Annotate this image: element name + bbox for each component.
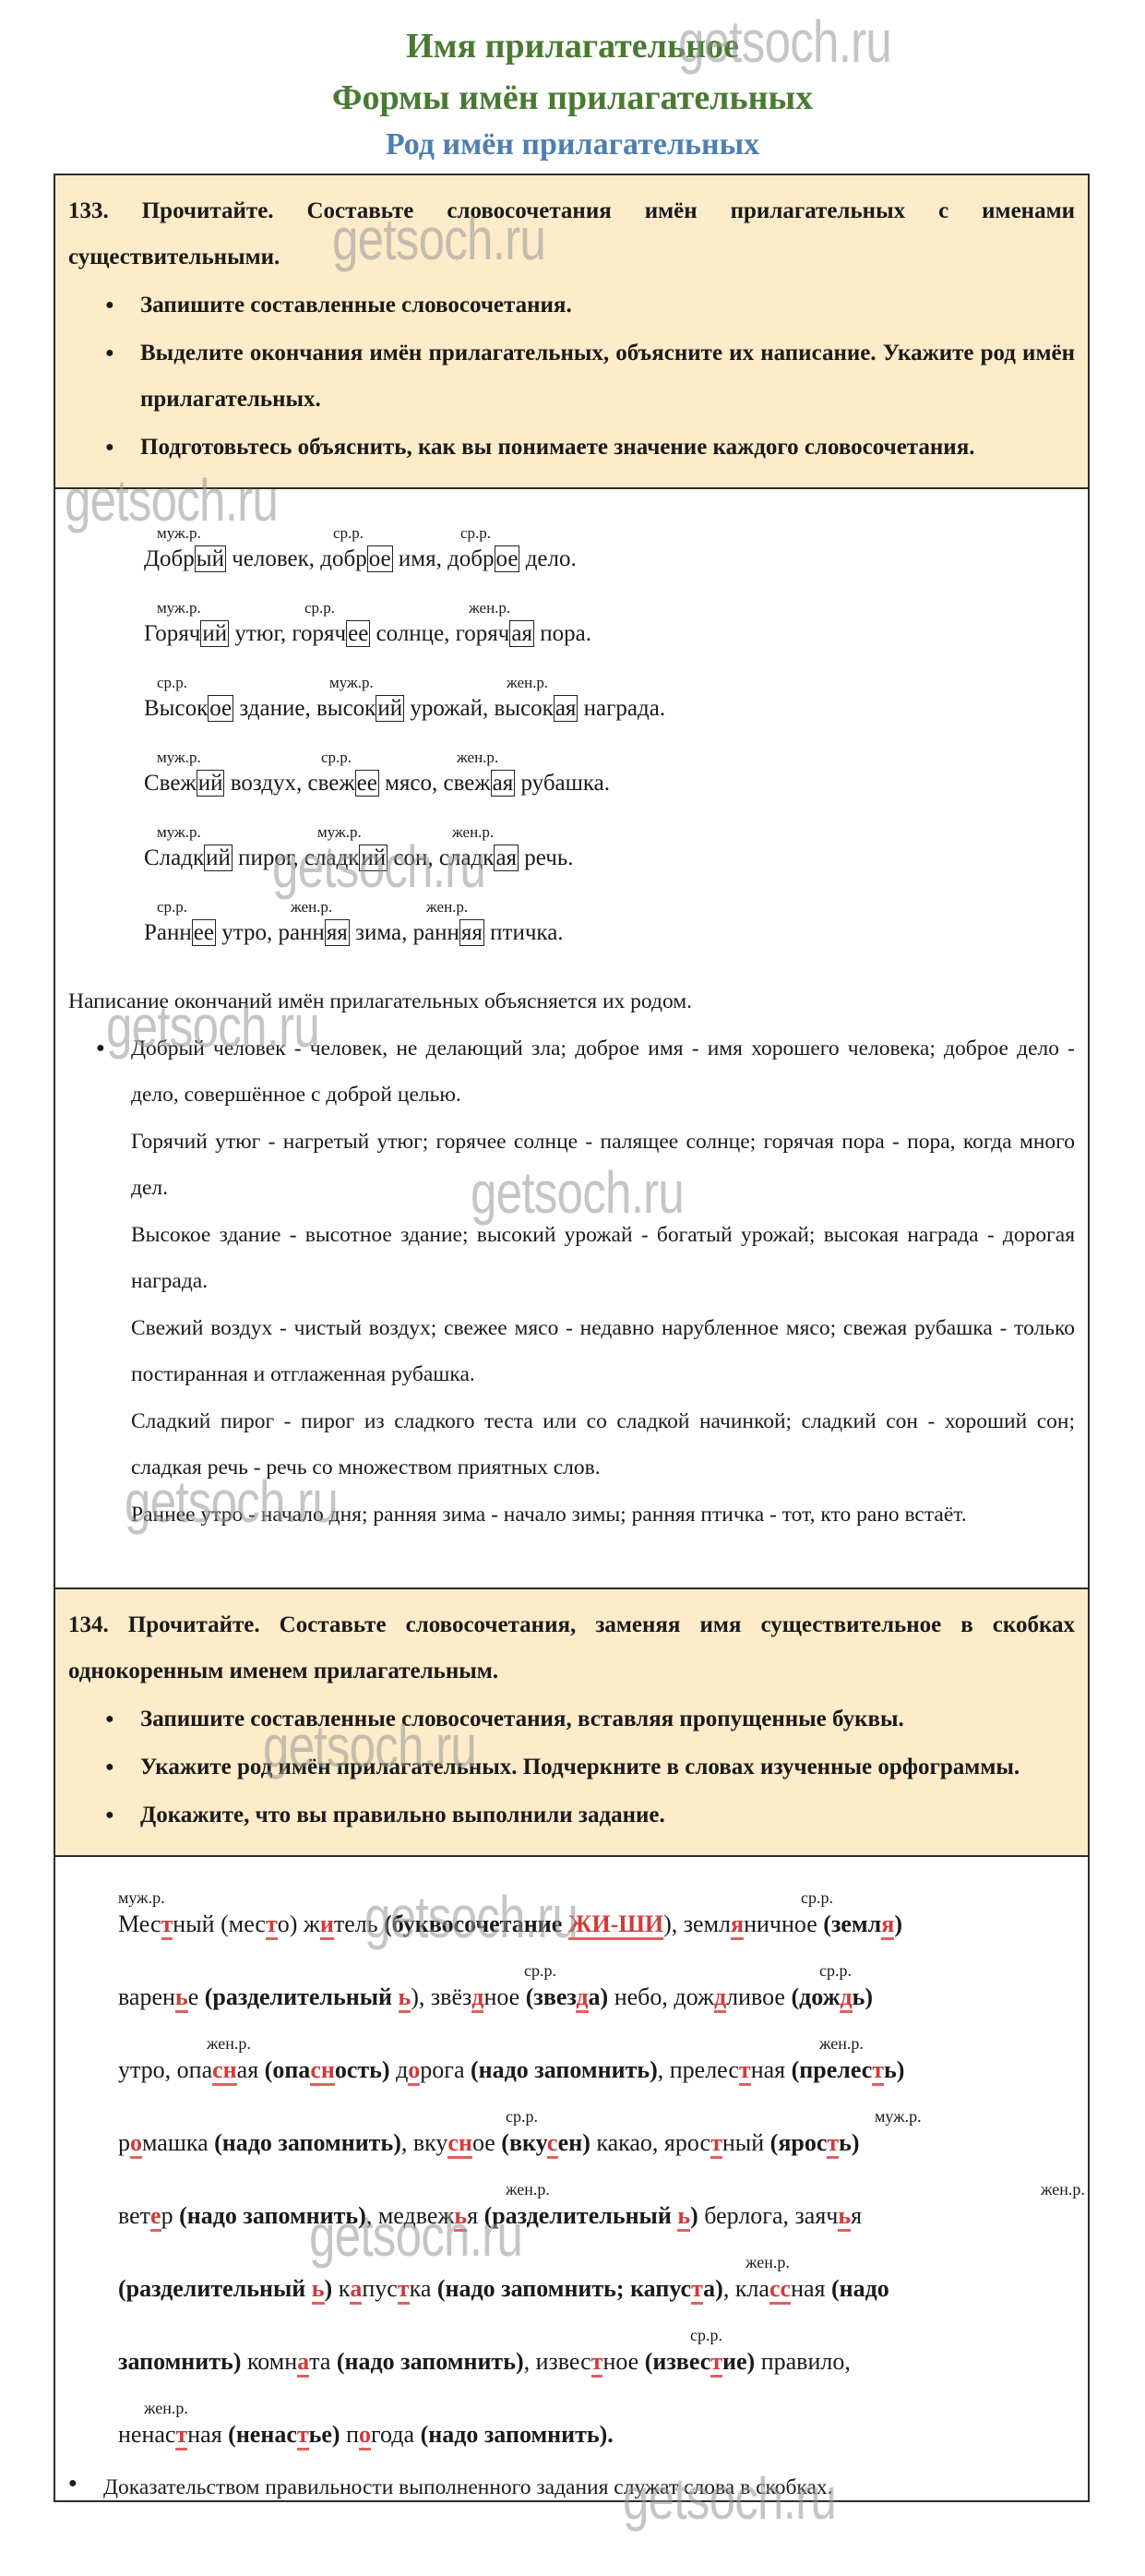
adjective-stem: Ранн bbox=[144, 920, 192, 945]
form-line: Свежий воздух, свежее мясо, свежая рубаш… bbox=[144, 741, 1088, 816]
answer-133: Добрый человек, доброе имя, доброе дело.… bbox=[55, 489, 1088, 1589]
noun: солнце, bbox=[370, 621, 455, 646]
highlighted-spelling: т bbox=[827, 2129, 839, 2159]
form-line: Добрый человек, доброе имя, доброе дело.… bbox=[144, 517, 1088, 592]
text-segment: о) ж bbox=[278, 1911, 320, 1937]
text-segment: ное bbox=[483, 1983, 525, 2010]
adjective-stem: горяч bbox=[456, 621, 510, 646]
noun: птичка. bbox=[484, 920, 564, 945]
explanation-bold: ен) bbox=[558, 2129, 597, 2156]
noun: пора. bbox=[534, 621, 591, 646]
highlighted-spelling: о bbox=[130, 2129, 142, 2159]
adjective-ending: ая bbox=[554, 695, 578, 722]
text-segment: ная bbox=[187, 2421, 228, 2448]
adjective-stem: добр bbox=[320, 546, 366, 571]
noun: награда. bbox=[578, 696, 665, 721]
meaning-item: Добрый человек - человек, не делающий зл… bbox=[96, 1025, 1075, 1119]
meanings-list: Добрый человек - человек, не делающий зл… bbox=[68, 1025, 1075, 1539]
phrase-text: ветер (надо запомнить), медвежья (раздел… bbox=[118, 2202, 862, 2230]
text-segment: ничное bbox=[744, 1911, 823, 1937]
phrase-text: утро, опасная (опасность) дорога (надо з… bbox=[118, 2056, 904, 2084]
highlighted-spelling: ь bbox=[677, 2202, 690, 2232]
answer-133-explanation: Написание окончаний имён прилагательных … bbox=[55, 975, 1088, 1551]
highlighted-spelling: т bbox=[710, 2129, 722, 2159]
adjective-ending: ый bbox=[195, 545, 226, 572]
highlighted-spelling: т bbox=[398, 2275, 410, 2305]
text-segment: д bbox=[396, 2056, 408, 2083]
explanation-bold: ) bbox=[690, 2202, 704, 2229]
adjective-ending: ий bbox=[197, 770, 225, 797]
highlighted-spelling: сн bbox=[447, 2129, 472, 2159]
text-segment: ливое bbox=[726, 1983, 791, 2010]
task-133: 133. Прочитайте. Составьте словосочетани… bbox=[55, 175, 1088, 489]
explanation-bold: (извес bbox=[645, 2348, 711, 2375]
gender-label: жен.р. bbox=[745, 2253, 790, 2272]
text-segment: утро, опа bbox=[118, 2056, 212, 2083]
highlighted-spelling: т bbox=[739, 2056, 751, 2086]
gender-label: муж.р. bbox=[118, 1888, 165, 1908]
proof-list: Доказательством правильности выполненног… bbox=[55, 2475, 1088, 2500]
gender-label: муж.р. bbox=[317, 823, 362, 842]
gender-label: ср.р. bbox=[506, 2107, 538, 2127]
text-segment: ), звё bbox=[411, 1983, 462, 2010]
explanation-bold: (надо запомнить) bbox=[179, 2202, 366, 2229]
explanation-bold: (надо запомнить). bbox=[421, 2421, 614, 2448]
noun: мясо, bbox=[379, 771, 444, 796]
adjective-ending: ое bbox=[208, 695, 233, 722]
phrase-row: (разделительный ь) капустка (надо запомн… bbox=[118, 2247, 1067, 2320]
adjective-ending: ее bbox=[192, 919, 216, 946]
adjective-stem: сладк bbox=[304, 845, 360, 870]
task-134-text: 134. Прочитайте. Составьте словосочетани… bbox=[68, 1602, 1075, 1695]
gender-label: жен.р. bbox=[457, 749, 498, 767]
text-segment: машка bbox=[142, 2129, 214, 2156]
text-segment: ая bbox=[237, 2056, 265, 2083]
task-133-bullets: Запишите составленные словосочетания.Выд… bbox=[68, 282, 1075, 471]
gender-label: ср.р. bbox=[333, 524, 364, 543]
explanation-bold: ость) bbox=[335, 2056, 396, 2083]
highlighted-spelling: а bbox=[350, 2275, 362, 2305]
explanation-bold: (разделительный bbox=[118, 2275, 312, 2302]
highlighted-spelling: о bbox=[359, 2421, 371, 2450]
text-segment: ка bbox=[410, 2275, 437, 2302]
explanation-bold: (земл bbox=[823, 1911, 881, 1937]
noun: имя, bbox=[393, 546, 447, 571]
adjective-stem: Горяч bbox=[144, 621, 200, 646]
noun: дело. bbox=[519, 546, 576, 571]
form-line: Раннее утро, ранняя зима, ранняя птичка.… bbox=[144, 891, 1088, 965]
noun: здание, bbox=[233, 696, 316, 721]
page-subtitle: Формы имён прилагательных bbox=[0, 78, 1145, 118]
explanation-bold: ие) bbox=[722, 2348, 755, 2375]
highlighted-spelling: я bbox=[881, 1911, 894, 1940]
text-segment: правило, bbox=[755, 2348, 851, 2375]
explanation-bold: ) bbox=[325, 2275, 333, 2302]
form-line: Сладкий пирог, сладкий сон, сладкая речь… bbox=[144, 816, 1088, 891]
adjective-stem: Сладк bbox=[144, 845, 204, 870]
adjective-ending: яя bbox=[459, 919, 484, 946]
explanation-bold: (надо запомнить) bbox=[337, 2348, 524, 2375]
explanation-bold: запомнить) bbox=[118, 2348, 241, 2375]
gender-label: ср.р. bbox=[801, 1888, 833, 1908]
gender-label: муж.р. bbox=[157, 524, 201, 543]
text-segment: та bbox=[309, 2348, 337, 2375]
adjective-ending: ий bbox=[200, 620, 229, 647]
phrase-line: Высокое здание, высокий урожай, высокая … bbox=[144, 696, 665, 722]
gender-label: жен.р. bbox=[426, 898, 468, 917]
phrase-text: ромашка (надо запомнить), вкусное (вкусе… bbox=[118, 2129, 860, 2157]
adjective-stem: высок bbox=[494, 696, 553, 721]
text-segment: , прелес bbox=[658, 2056, 739, 2083]
highlighted-spelling: ь bbox=[312, 2275, 325, 2305]
highlighted-spelling: а bbox=[297, 2348, 309, 2378]
explanation-bold: (буквосочетание bbox=[384, 1911, 568, 1937]
explanation-bold: (разделительный bbox=[205, 1983, 399, 2010]
text-segment: к bbox=[332, 2275, 350, 2302]
answer-134-phrases: Местный (место) житель (буквосочетание Ж… bbox=[55, 1857, 1088, 2475]
explanation-bold: (надо запомнить) bbox=[471, 2056, 658, 2083]
text-segment: какао, яро bbox=[596, 2129, 699, 2156]
adjective-stem: высок bbox=[316, 696, 376, 721]
text-segment: небо, дож bbox=[614, 1983, 714, 2010]
text-segment: , кла bbox=[723, 2275, 769, 2302]
task-bullet: Укажите род имён прилагательных. Подчерк… bbox=[105, 1744, 1075, 1791]
explanation-bold: (надо запомнить; капус bbox=[437, 2275, 691, 2302]
highlighted-spelling: я bbox=[731, 1911, 744, 1940]
text-segment: тель bbox=[334, 1911, 384, 1937]
gender-label: муж.р. bbox=[875, 2107, 922, 2127]
noun: урожай, bbox=[404, 696, 494, 721]
gender-label: муж.р. bbox=[157, 749, 201, 767]
exercise-table: 133. Прочитайте. Составьте словосочетани… bbox=[54, 174, 1090, 2502]
gender-label: жен.р. bbox=[506, 2180, 550, 2199]
text-segment: , вку bbox=[401, 2129, 448, 2156]
phrase-text: варенье (разделительный ь), звёздное (зв… bbox=[118, 1983, 873, 2011]
task-bullet: Подготовьтесь объяснить, как вы понимает… bbox=[105, 425, 1075, 471]
gender-label: ср.р. bbox=[819, 1961, 852, 1981]
explanation-bold: (ярос bbox=[770, 2129, 828, 2156]
text-segment: ное bbox=[602, 2348, 644, 2375]
highlighted-spelling: сс bbox=[769, 2275, 791, 2305]
phrase-row: Местный (место) житель (буквосочетание Ж… bbox=[118, 1883, 1067, 1956]
phrase-text: запомнить) комната (надо запомнить), изв… bbox=[118, 2348, 851, 2376]
text-segment: ный (мес bbox=[173, 1911, 266, 1937]
highlighted-spelling: ЖИ-ШИ bbox=[568, 1911, 663, 1940]
noun: утро, bbox=[216, 920, 278, 945]
adjective-stem: горяч bbox=[292, 621, 346, 646]
text-segment: пус bbox=[362, 2275, 397, 2302]
highlighted-spelling: т bbox=[591, 2348, 603, 2378]
text-segment: , медвеж bbox=[366, 2202, 455, 2229]
adjective-stem: свеж bbox=[308, 771, 355, 796]
phrase-row: варенье (разделительный ь), звёздное (зв… bbox=[118, 1956, 1067, 2029]
gender-label: жен.р. bbox=[819, 2034, 864, 2054]
adjective-ending: ий bbox=[359, 845, 388, 871]
explanation-bold: (дож bbox=[791, 1983, 840, 2010]
highlighted-spelling: т bbox=[710, 2348, 722, 2378]
text-segment: с bbox=[700, 2129, 711, 2156]
meaning-item: Сладкий пирог - пирог из сладкого теста … bbox=[96, 1398, 1075, 1492]
adjective-stem: ранн bbox=[413, 920, 459, 945]
text-segment: ), земл bbox=[663, 1911, 731, 1937]
highlighted-spelling: о bbox=[408, 2056, 420, 2086]
adjective-stem: сладк bbox=[439, 845, 495, 870]
gender-label: жен.р. bbox=[469, 599, 510, 617]
highlighted-spelling: т bbox=[872, 2056, 884, 2086]
explanation-text: Написание окончаний имён прилагательных … bbox=[68, 978, 1075, 1025]
adjective-ending: ее bbox=[346, 620, 370, 647]
phrase-line: Добрый человек, доброе имя, доброе дело. bbox=[144, 546, 577, 572]
adjective-ending: ое bbox=[367, 545, 393, 572]
text-segment: я bbox=[467, 2202, 483, 2229]
phrase-row: запомнить) комната (надо запомнить), изв… bbox=[118, 2320, 1067, 2393]
explanation-bold: (опа bbox=[265, 2056, 311, 2083]
text-segment: берлога, заяч bbox=[704, 2202, 838, 2229]
task-134-bullets: Запишите составленные словосочетания, вс… bbox=[68, 1696, 1075, 1839]
gender-label: ср.р. bbox=[690, 2326, 722, 2345]
highlighted-spelling: д bbox=[714, 1983, 726, 2013]
phrase-row: ветер (надо запомнить), медвежья (раздел… bbox=[118, 2175, 1067, 2247]
text-segment: з bbox=[462, 1983, 471, 2010]
highlighted-spelling: т bbox=[175, 2421, 187, 2450]
section-title: Род имён прилагательных bbox=[0, 127, 1145, 162]
phrase-row: ромашка (надо запомнить), вкусное (вкусе… bbox=[118, 2102, 1067, 2175]
gender-label: ср.р. bbox=[304, 599, 335, 617]
adjective-stem: Добр bbox=[144, 546, 195, 571]
noun: сон, bbox=[388, 845, 439, 870]
gender-label: ср.р. bbox=[157, 674, 187, 692]
explanation-bold: ье) bbox=[309, 2421, 340, 2448]
gender-label: жен.р. bbox=[144, 2399, 188, 2418]
text-segment: р bbox=[118, 2129, 130, 2156]
text-segment: ная bbox=[791, 2275, 831, 2302]
highlighted-spelling: ь bbox=[838, 2202, 851, 2232]
highlighted-spelling: ь bbox=[399, 1983, 411, 2013]
task-133-text: 133. Прочитайте. Составьте словосочетани… bbox=[68, 188, 1075, 281]
text-segment: я bbox=[851, 2202, 862, 2229]
gender-label: муж.р. bbox=[157, 599, 201, 617]
highlighted-spelling: д bbox=[576, 1983, 588, 2013]
meaning-item: Высокое здание - высотное здание; высоки… bbox=[96, 1212, 1075, 1305]
text-segment: т bbox=[140, 2202, 150, 2229]
highlighted-spelling: т bbox=[297, 2421, 309, 2450]
noun: зима, bbox=[350, 920, 413, 945]
adjective-ending: яя bbox=[325, 919, 350, 946]
noun: утюг, bbox=[229, 621, 292, 646]
text-segment: года bbox=[371, 2421, 421, 2448]
highlighted-spelling: е bbox=[150, 2202, 161, 2232]
task-134: 134. Прочитайте. Составьте словосочетани… bbox=[55, 1589, 1088, 1857]
adjective-stem: Свеж bbox=[144, 771, 197, 796]
task-bullet: Запишите составленные словосочетания. bbox=[105, 282, 1075, 329]
highlighted-spelling: сн bbox=[212, 2056, 237, 2086]
adjective-ending: ее bbox=[355, 770, 379, 797]
gender-label: жен.р. bbox=[452, 823, 494, 842]
adjective-ending: ая bbox=[494, 845, 519, 871]
text-segment: ве bbox=[118, 2202, 140, 2229]
text-segment: ный bbox=[722, 2129, 770, 2156]
explanation-bold: (надо bbox=[831, 2275, 889, 2302]
phrase-line: Свежий воздух, свежее мясо, свежая рубаш… bbox=[144, 771, 610, 797]
gender-label: жен.р. bbox=[1041, 2180, 1085, 2199]
noun: воздух, bbox=[224, 771, 307, 796]
text-segment: п bbox=[340, 2421, 359, 2448]
explanation-bold: а) bbox=[589, 1983, 614, 2010]
text-segment: ненас bbox=[118, 2421, 175, 2448]
explanation-bold: ь) bbox=[853, 1983, 873, 2010]
text-segment: ная bbox=[751, 2056, 792, 2083]
explanation-bold: (надо запомнить) bbox=[214, 2129, 401, 2156]
highlighted-spelling: д bbox=[840, 1983, 852, 2013]
text-segment: , извес bbox=[524, 2348, 591, 2375]
phrase-row: утро, опасная (опасность) дорога (надо з… bbox=[118, 2029, 1067, 2102]
gender-label: муж.р. bbox=[157, 823, 201, 842]
meaning-item: Горячий утюг - нагретый утюг; горячее со… bbox=[96, 1119, 1075, 1212]
phrase-text: Местный (место) житель (буквосочетание Ж… bbox=[118, 1911, 902, 1938]
adjective-ending: ий bbox=[376, 695, 404, 722]
text-segment: комн bbox=[241, 2348, 297, 2375]
phrase-text: ненастная (ненастье) погода (надо запомн… bbox=[118, 2421, 614, 2449]
explanation-bold: (прелес bbox=[792, 2056, 873, 2083]
gender-label: муж.р. bbox=[329, 674, 374, 692]
highlighted-spelling: и bbox=[320, 1911, 334, 1940]
highlighted-spelling: т bbox=[691, 2275, 703, 2305]
noun: человек, bbox=[226, 546, 320, 571]
gender-label: жен.р. bbox=[291, 898, 332, 917]
explanation-bold: ь) bbox=[839, 2129, 859, 2156]
highlighted-spelling: т bbox=[266, 1911, 278, 1940]
phrase-text: (разделительный ь) капустка (надо запомн… bbox=[118, 2275, 889, 2303]
answer-134: Местный (место) житель (буквосочетание Ж… bbox=[55, 1857, 1088, 2500]
highlighted-spelling: д bbox=[471, 1983, 483, 2013]
gender-label: ср.р. bbox=[321, 749, 352, 767]
phrase-line: Сладкий пирог, сладкий сон, сладкая речь… bbox=[144, 845, 574, 871]
highlighted-spelling: ь bbox=[454, 2202, 467, 2232]
explanation-bold: ь) bbox=[884, 2056, 904, 2083]
explanation-bold: а) bbox=[703, 2275, 723, 2302]
explanation-bold: ) bbox=[894, 1911, 902, 1937]
gender-label: ср.р. bbox=[460, 524, 491, 543]
gender-label: ср.р. bbox=[157, 898, 187, 917]
highlighted-spelling: сн bbox=[310, 2056, 335, 2086]
gender-label: жен.р. bbox=[507, 674, 548, 692]
adjective-ending: ое bbox=[495, 545, 520, 572]
meaning-item: Раннее утро - начало дня; ранняя зима - … bbox=[96, 1492, 1075, 1539]
task-bullet: Запишите составленные словосочетания, вс… bbox=[105, 1696, 1075, 1743]
task-bullet: Докажите, что вы правильно выполнили зад… bbox=[105, 1792, 1075, 1839]
text-segment: Мес bbox=[118, 1911, 161, 1937]
adjective-stem: свеж bbox=[444, 771, 491, 796]
explanation-bold: (звез bbox=[526, 1983, 577, 2010]
noun: речь. bbox=[519, 845, 573, 870]
phrase-line: Горячий утюг, горячее солнце, горячая по… bbox=[144, 621, 591, 647]
gender-label: жен.р. bbox=[207, 2034, 251, 2054]
adjective-ending: ий bbox=[204, 845, 233, 871]
phrase-line: Раннее утро, ранняя зима, ранняя птичка. bbox=[144, 920, 564, 946]
task-bullet: Выделите окончания имён прилагательных, … bbox=[105, 330, 1075, 423]
phrase-row: ненастная (ненастье) погода (надо запомн… bbox=[118, 2393, 1067, 2466]
adjective-stem: Высок bbox=[144, 696, 208, 721]
proof-item: Доказательством правильности выполненног… bbox=[68, 2475, 1088, 2500]
text-segment: е bbox=[188, 1983, 205, 2010]
highlighted-spelling: ь bbox=[175, 1983, 188, 2013]
adjective-stem: добр bbox=[447, 546, 494, 571]
noun: пирог, bbox=[233, 845, 304, 870]
adjective-forms: Добрый человек, доброе имя, доброе дело.… bbox=[55, 489, 1088, 975]
page-title: Имя прилагательное bbox=[0, 26, 1145, 66]
text-segment: варен bbox=[118, 1983, 175, 2010]
explanation-bold: (разделительный bbox=[484, 2202, 678, 2229]
explanation-bold: (ненас bbox=[228, 2421, 297, 2448]
highlighted-spelling: с bbox=[547, 2129, 558, 2159]
text-segment: ое bbox=[472, 2129, 501, 2156]
text-segment: рога bbox=[420, 2056, 471, 2083]
adjective-stem: ранн bbox=[278, 920, 324, 945]
explanation-bold: (вку bbox=[501, 2129, 547, 2156]
adjective-ending: ая bbox=[491, 770, 516, 797]
meaning-item: Свежий воздух - чистый воздух; свежее мя… bbox=[96, 1305, 1075, 1398]
form-line: Горячий утюг, горячее солнце, горячая по… bbox=[144, 592, 1088, 666]
gender-label: ср.р. bbox=[524, 1961, 556, 1981]
form-line: Высокое здание, высокий урожай, высокая … bbox=[144, 666, 1088, 741]
highlighted-spelling: т bbox=[161, 1911, 173, 1940]
text-segment: р bbox=[161, 2202, 180, 2229]
noun: рубашка. bbox=[515, 771, 610, 796]
adjective-ending: ая bbox=[509, 620, 534, 647]
